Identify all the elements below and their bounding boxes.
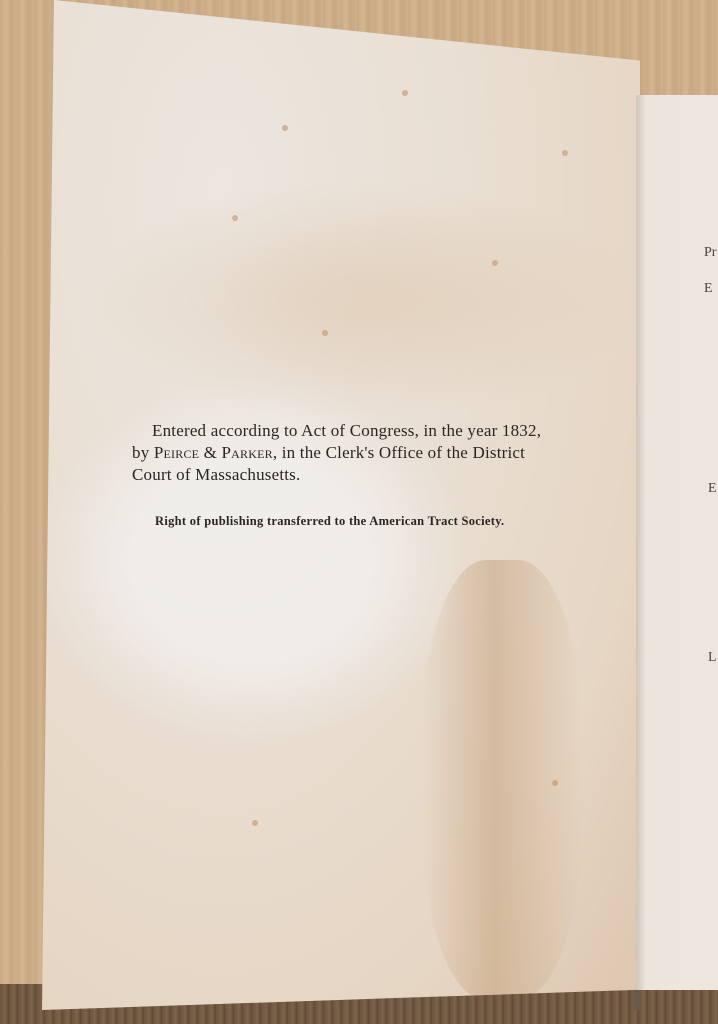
- foxing-stain: [82, 180, 642, 420]
- copyright-by: by: [132, 443, 149, 462]
- copyright-office: , in the Clerk's Office of the District: [273, 443, 525, 462]
- foxing-spot: [252, 820, 258, 826]
- rights-notice: Right of publishing transferred to the A…: [155, 514, 504, 529]
- right-page-fragment: E: [708, 481, 717, 497]
- right-page-fragment: E: [704, 281, 713, 297]
- copyright-line-1: Entered according to Act of Congress, in…: [132, 420, 592, 442]
- right-page-fragment: Pr: [704, 245, 716, 261]
- left-page: [42, 0, 640, 1010]
- foxing-spot: [322, 330, 328, 336]
- foxing-spot: [232, 215, 238, 221]
- foxing-spot: [402, 90, 408, 96]
- copyright-line-2: by Peirce & Parker, in the Clerk's Offic…: [132, 442, 592, 464]
- copyright-notice: Entered according to Act of Congress, in…: [132, 420, 592, 486]
- copyright-line-3: Court of Massachusetts.: [132, 464, 592, 486]
- right-page: Pr E E L: [636, 95, 718, 990]
- foxing-spot: [562, 150, 568, 156]
- foxing-spot: [282, 125, 288, 131]
- publisher-name: Peirce & Parker: [154, 443, 273, 462]
- foxing-spot: [492, 260, 498, 266]
- water-stain-edge: [422, 560, 582, 1000]
- right-page-fragment: L: [708, 650, 717, 666]
- foxing-spot: [552, 780, 558, 786]
